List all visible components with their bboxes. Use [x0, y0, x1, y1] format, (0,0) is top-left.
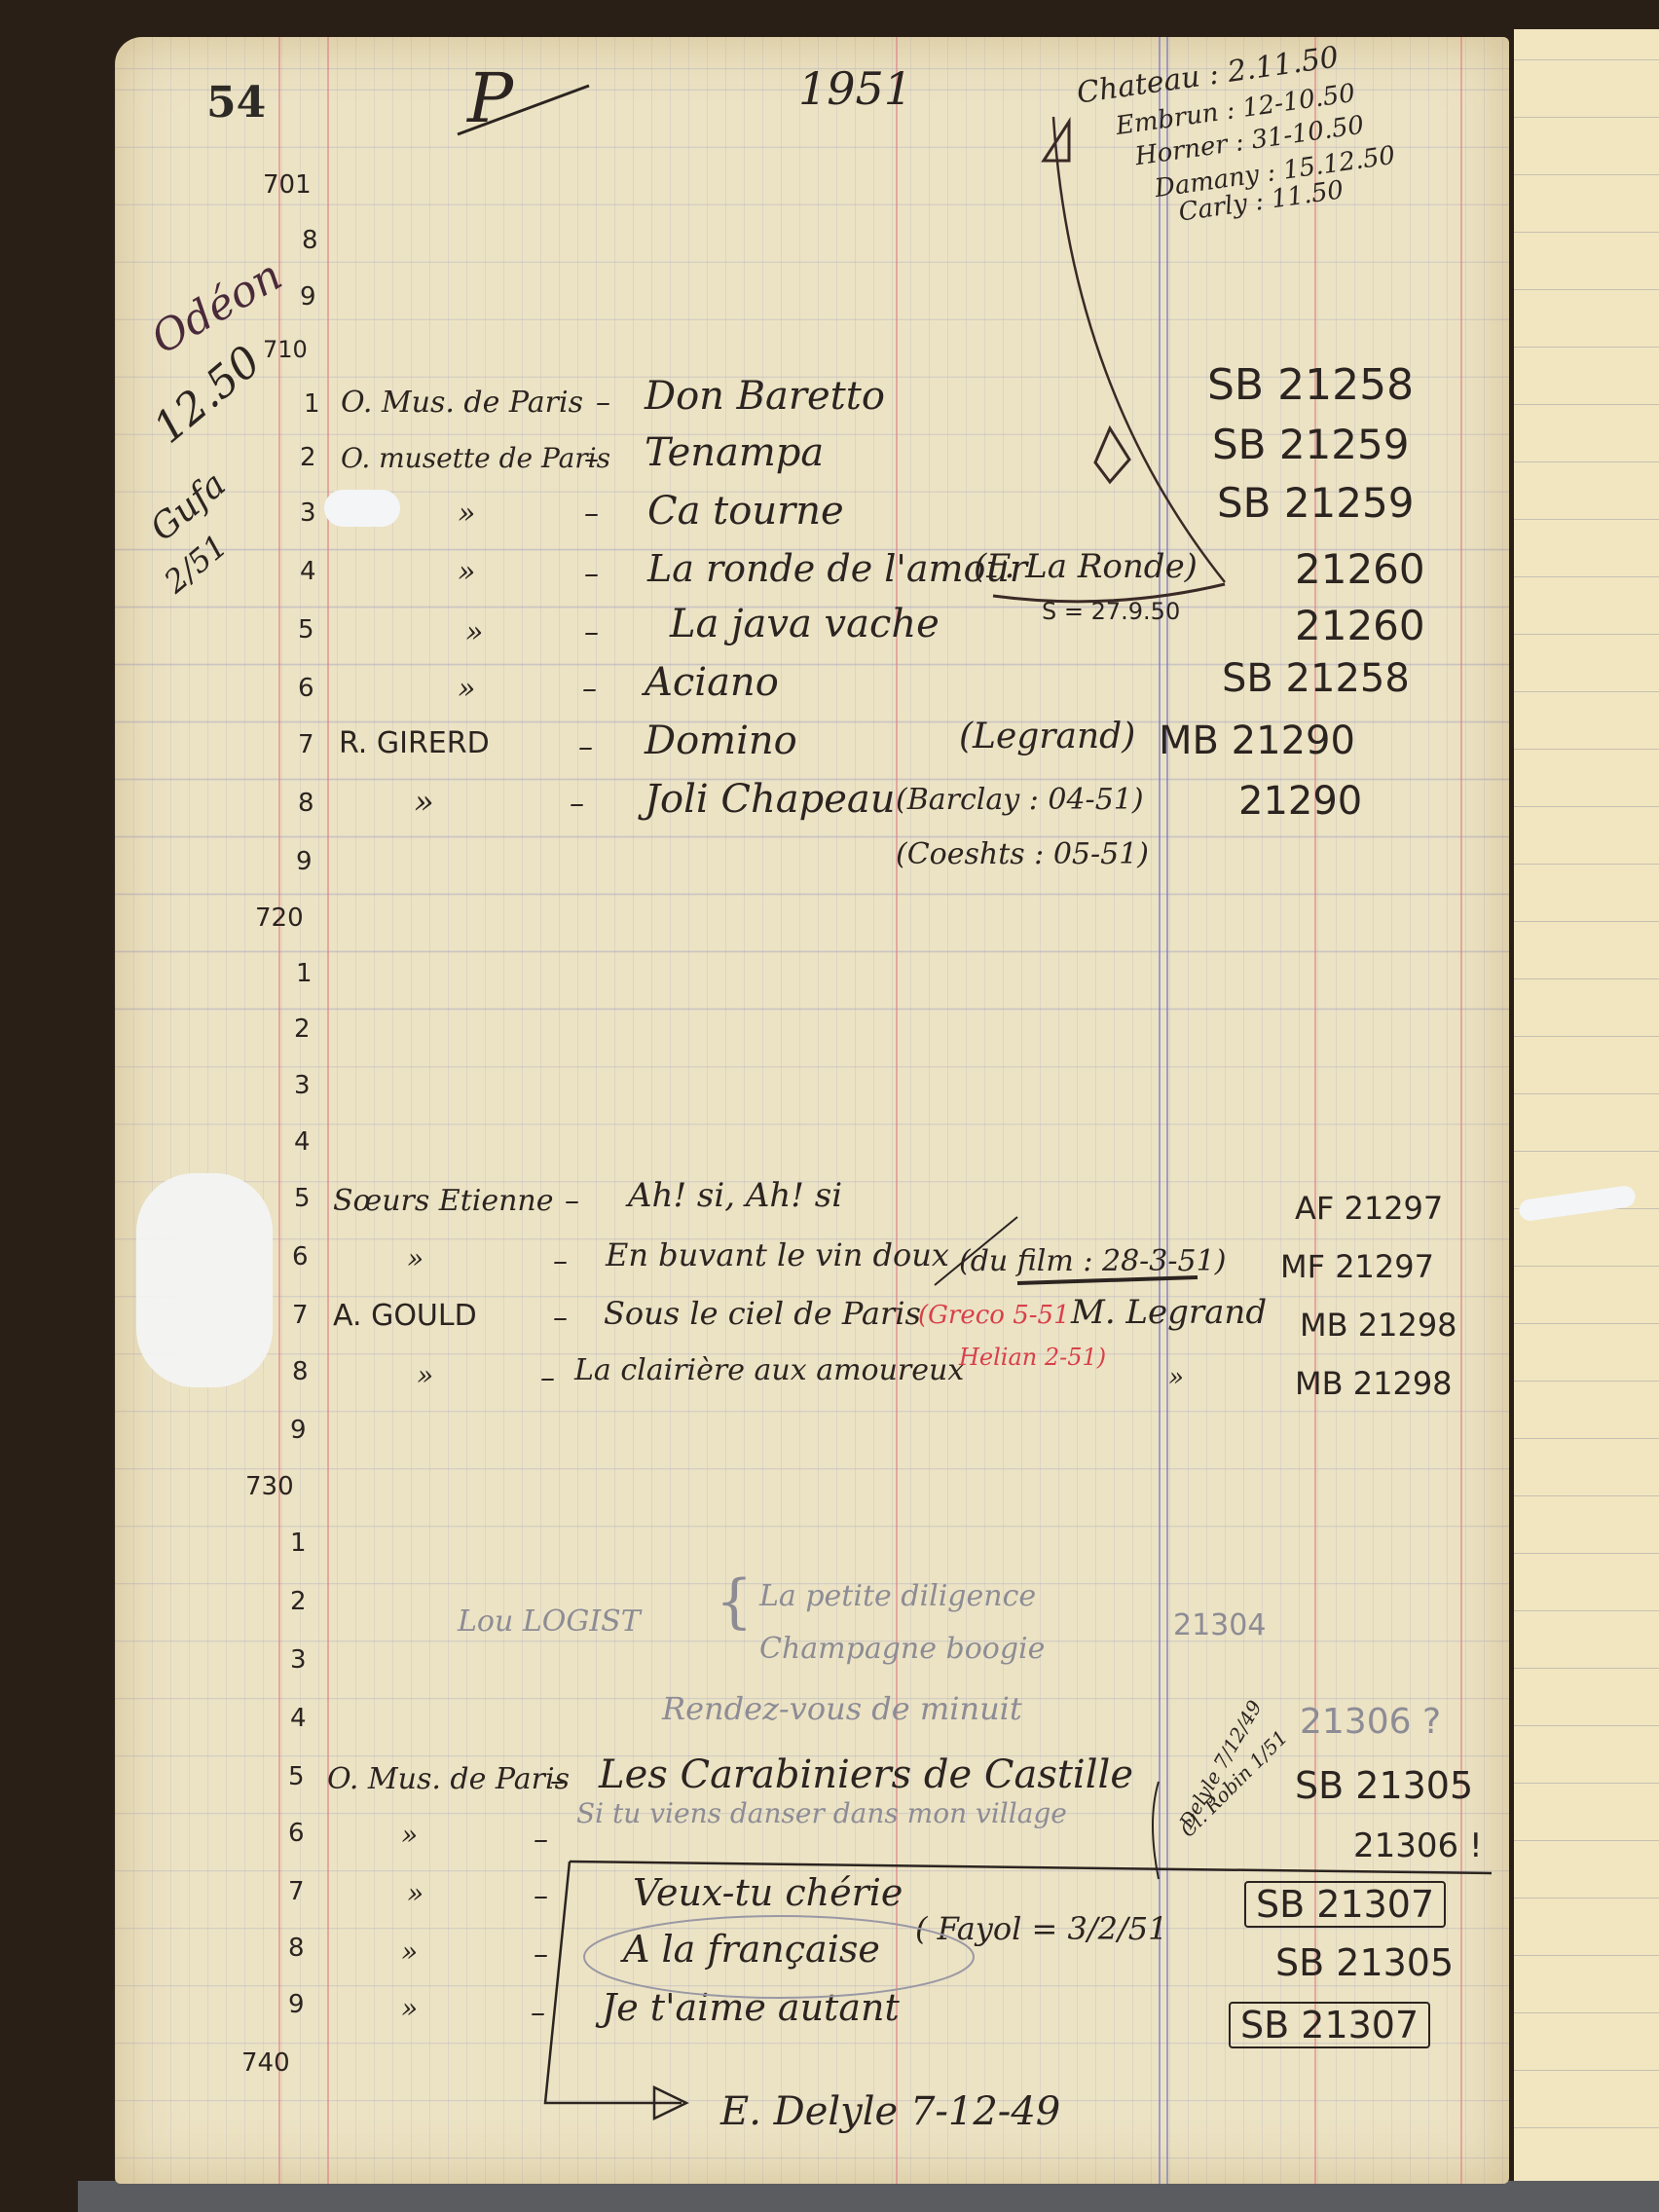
bracket-stroke [570, 1862, 1492, 1873]
arrow-stroke [1053, 117, 1225, 582]
underline-stroke [993, 584, 1225, 602]
link-stroke [935, 1217, 1017, 1285]
pencil-circle [584, 1916, 974, 1998]
pen-strokes [0, 0, 1659, 2212]
underline-stroke [1017, 1277, 1198, 1283]
underline-stroke [458, 86, 589, 134]
brace-stroke [1153, 1782, 1159, 1879]
triangle-marker-icon [1095, 428, 1129, 482]
bracket-stroke [545, 1862, 682, 2103]
